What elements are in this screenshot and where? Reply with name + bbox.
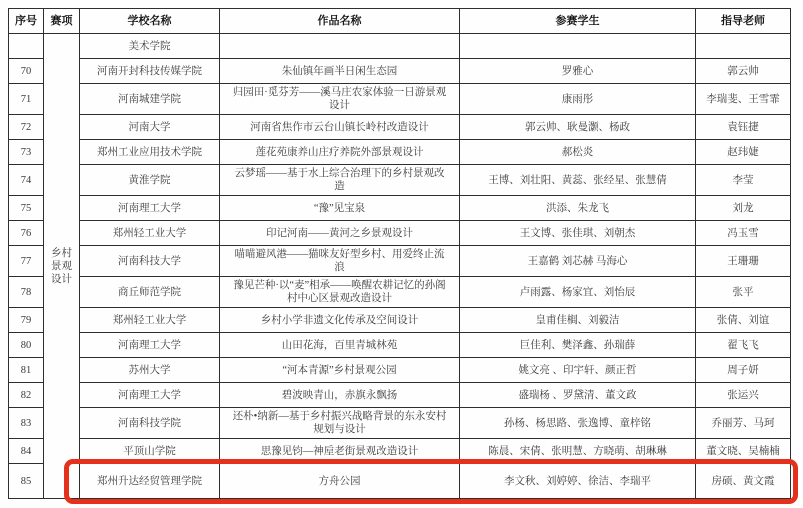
cell-students: 王博、刘壮阳、黄蕊、张经星、张慧倩 <box>460 165 696 196</box>
table-row: 77河南科技大学喵喵避风港——猫咪友好型乡村、用爱终止流浪王嘉鹤 刘芯赫 马海心… <box>9 246 791 277</box>
cell-school: 郑州工业应用技术学院 <box>80 140 220 165</box>
cell-work: 方舟公园 <box>220 464 460 499</box>
cell-index: 83 <box>9 408 44 439</box>
cell-school: 郑州轻工业大学 <box>80 221 220 246</box>
cell-teachers: 周子妍 <box>696 358 791 383</box>
cell-school: 黄淮学院 <box>80 165 220 196</box>
table-row: 70河南开封科技传媒学院朱仙镇年画半日闲生态园罗雅心郭云帅 <box>9 59 791 84</box>
cell-work: 碧波映青山，赤旗永飘扬 <box>220 383 460 408</box>
table-row: 85郑州升达经贸管理学院方舟公园李文秋、刘婷婷、徐洁、李瑞平房硕、黄文霞 <box>9 464 791 499</box>
col-header-school: 学校名称 <box>80 9 220 34</box>
table-row: 乡村景观设计美术学院 <box>9 34 791 59</box>
cell-students: 卢雨露、杨家宜、刘怡辰 <box>460 277 696 308</box>
cell-teachers: 乔丽芳、马珂 <box>696 408 791 439</box>
cell-school: 美术学院 <box>80 34 220 59</box>
table-row: 78商丘师范学院豫见芒种·以“麦”相承——唤醒农耕记忆的孙阁村中心区景观改造设计… <box>9 277 791 308</box>
cell-teachers: 刘龙 <box>696 196 791 221</box>
col-header-work: 作品名称 <box>220 9 460 34</box>
cell-category: 乡村景观设计 <box>44 34 80 499</box>
table-row: 79郑州轻工业大学乡村小学非遗文化传承及空间设计皇甫佳榈、刘毅洁张倩、刘谊 <box>9 308 791 333</box>
table-row: 71河南城建学院归园田·觅芬芳——溪马庄农家体验一日游景观设计康雨彤李瑞斐、王雪… <box>9 84 791 115</box>
cell-index <box>9 34 44 59</box>
cell-work <box>220 34 460 59</box>
cell-school: 郑州轻工业大学 <box>80 308 220 333</box>
cell-school: 河南大学 <box>80 115 220 140</box>
cell-students: 王嘉鹤 刘芯赫 马海心 <box>460 246 696 277</box>
cell-students: 姚文亮 、印宇轩、颜正哲 <box>460 358 696 383</box>
cell-school: 河南理工大学 <box>80 196 220 221</box>
table-row: 74黄淮学院云梦瑶——基于水上综合治理下的乡村景观改造王博、刘壮阳、黄蕊、张经星… <box>9 165 791 196</box>
table-row: 83河南科技学院还朴•纳新—基于乡村振兴战略背景的东永安村规划与设计孙杨、杨思路… <box>9 408 791 439</box>
cell-work: 喵喵避风港——猫咪友好型乡村、用爱终止流浪 <box>220 246 460 277</box>
cell-work: 朱仙镇年画半日闲生态园 <box>220 59 460 84</box>
cell-teachers: 赵玮婕 <box>696 140 791 165</box>
table-row: 75河南理工大学“豫”见宝泉洪添、朱龙飞刘龙 <box>9 196 791 221</box>
cell-index: 80 <box>9 333 44 358</box>
cell-students: 皇甫佳榈、刘毅洁 <box>460 308 696 333</box>
cell-index: 78 <box>9 277 44 308</box>
cell-work: 乡村小学非遗文化传承及空间设计 <box>220 308 460 333</box>
cell-teachers: 李莹 <box>696 165 791 196</box>
cell-work: “豫”见宝泉 <box>220 196 460 221</box>
cell-teachers: 房硕、黄文霞 <box>696 464 791 499</box>
col-header-teachers: 指导老师 <box>696 9 791 34</box>
table-row: 84平顶山学院思豫见钧—神垕老街景观改造设计陈晨、宋倩、张明慧、方晓萌、胡琳琳董… <box>9 439 791 464</box>
cell-index: 85 <box>9 464 44 499</box>
cell-index: 74 <box>9 165 44 196</box>
cell-index: 82 <box>9 383 44 408</box>
table-row: 80河南理工大学山田花海，百里青城林苑巨佳利、樊泽鑫、孙瑞薛翟飞飞 <box>9 333 791 358</box>
cell-teachers: 张平 <box>696 277 791 308</box>
table-row: 72河南大学河南省焦作市云台山镇长岭村改造设计郭云帅、耿曼灏、杨政袁钰捷 <box>9 115 791 140</box>
col-header-index: 序号 <box>9 9 44 34</box>
cell-index: 75 <box>9 196 44 221</box>
table-row: 76郑州轻工业大学印记河南——黄河之乡景观设计王文博、张佳琪、刘朝杰冯玉雪 <box>9 221 791 246</box>
cell-students: 康雨彤 <box>460 84 696 115</box>
cell-index: 77 <box>9 246 44 277</box>
cell-work: 豫见芒种·以“麦”相承——唤醒农耕记忆的孙阁村中心区景观改造设计 <box>220 277 460 308</box>
cell-students: 巨佳利、樊泽鑫、孙瑞薛 <box>460 333 696 358</box>
cell-school: 河南理工大学 <box>80 333 220 358</box>
cell-school: 苏州大学 <box>80 358 220 383</box>
cell-teachers: 翟飞飞 <box>696 333 791 358</box>
cell-teachers: 袁钰捷 <box>696 115 791 140</box>
cell-teachers: 张倩、刘谊 <box>696 308 791 333</box>
cell-school: 河南科技学院 <box>80 408 220 439</box>
cell-school: 河南理工大学 <box>80 383 220 408</box>
cell-teachers: 王珊珊 <box>696 246 791 277</box>
cell-students: 罗雅心 <box>460 59 696 84</box>
cell-index: 81 <box>9 358 44 383</box>
results-table: 序号 赛项 学校名称 作品名称 参赛学生 指导老师 乡村景观设计美术学院70河南… <box>8 8 791 499</box>
cell-index: 72 <box>9 115 44 140</box>
cell-work: 莲花苑康养山庄疗养院外部景观设计 <box>220 140 460 165</box>
cell-teachers: 李瑞斐、王雪霏 <box>696 84 791 115</box>
cell-students: 盛瑞杨 、罗黛清、董文政 <box>460 383 696 408</box>
table-row: 73郑州工业应用技术学院莲花苑康养山庄疗养院外部景观设计郝松炎赵玮婕 <box>9 140 791 165</box>
cell-teachers: 冯玉雪 <box>696 221 791 246</box>
cell-teachers: 董文晓、吴楠楠 <box>696 439 791 464</box>
cell-students: 孙杨、杨思路、张逸博、童梓铭 <box>460 408 696 439</box>
cell-teachers <box>696 34 791 59</box>
cell-students: 郝松炎 <box>460 140 696 165</box>
cell-index: 71 <box>9 84 44 115</box>
cell-work: 思豫见钧—神垕老街景观改造设计 <box>220 439 460 464</box>
cell-students: 李文秋、刘婷婷、徐洁、李瑞平 <box>460 464 696 499</box>
col-header-students: 参赛学生 <box>460 9 696 34</box>
cell-students <box>460 34 696 59</box>
cell-students: 郭云帅、耿曼灏、杨政 <box>460 115 696 140</box>
cell-index: 70 <box>9 59 44 84</box>
cell-index: 84 <box>9 439 44 464</box>
cell-school: 平顶山学院 <box>80 439 220 464</box>
table-header: 序号 赛项 学校名称 作品名称 参赛学生 指导老师 <box>9 9 791 34</box>
cell-school: 河南城建学院 <box>80 84 220 115</box>
cell-school: 郑州升达经贸管理学院 <box>80 464 220 499</box>
cell-index: 76 <box>9 221 44 246</box>
header-row: 序号 赛项 学校名称 作品名称 参赛学生 指导老师 <box>9 9 791 34</box>
cell-school: 商丘师范学院 <box>80 277 220 308</box>
cell-work: 山田花海，百里青城林苑 <box>220 333 460 358</box>
table-row: 81苏州大学“河本青源”乡村景观公园姚文亮 、印宇轩、颜正哲周子妍 <box>9 358 791 383</box>
cell-work: 河南省焦作市云台山镇长岭村改造设计 <box>220 115 460 140</box>
cell-work: 还朴•纳新—基于乡村振兴战略背景的东永安村规划与设计 <box>220 408 460 439</box>
cell-teachers: 郭云帅 <box>696 59 791 84</box>
document-page: 序号 赛项 学校名称 作品名称 参赛学生 指导老师 乡村景观设计美术学院70河南… <box>0 0 803 508</box>
cell-teachers: 张运兴 <box>696 383 791 408</box>
col-header-category: 赛项 <box>44 9 80 34</box>
cell-work: 云梦瑶——基于水上综合治理下的乡村景观改造 <box>220 165 460 196</box>
cell-index: 73 <box>9 140 44 165</box>
cell-school: 河南科技大学 <box>80 246 220 277</box>
cell-students: 王文博、张佳琪、刘朝杰 <box>460 221 696 246</box>
cell-work: “河本青源”乡村景观公园 <box>220 358 460 383</box>
table-body: 乡村景观设计美术学院70河南开封科技传媒学院朱仙镇年画半日闲生态园罗雅心郭云帅7… <box>9 34 791 499</box>
cell-school: 河南开封科技传媒学院 <box>80 59 220 84</box>
cell-students: 陈晨、宋倩、张明慧、方晓萌、胡琳琳 <box>460 439 696 464</box>
cell-students: 洪添、朱龙飞 <box>460 196 696 221</box>
cell-work: 印记河南——黄河之乡景观设计 <box>220 221 460 246</box>
cell-index: 79 <box>9 308 44 333</box>
cell-work: 归园田·觅芬芳——溪马庄农家体验一日游景观设计 <box>220 84 460 115</box>
table-row: 82河南理工大学碧波映青山，赤旗永飘扬盛瑞杨 、罗黛清、董文政张运兴 <box>9 383 791 408</box>
